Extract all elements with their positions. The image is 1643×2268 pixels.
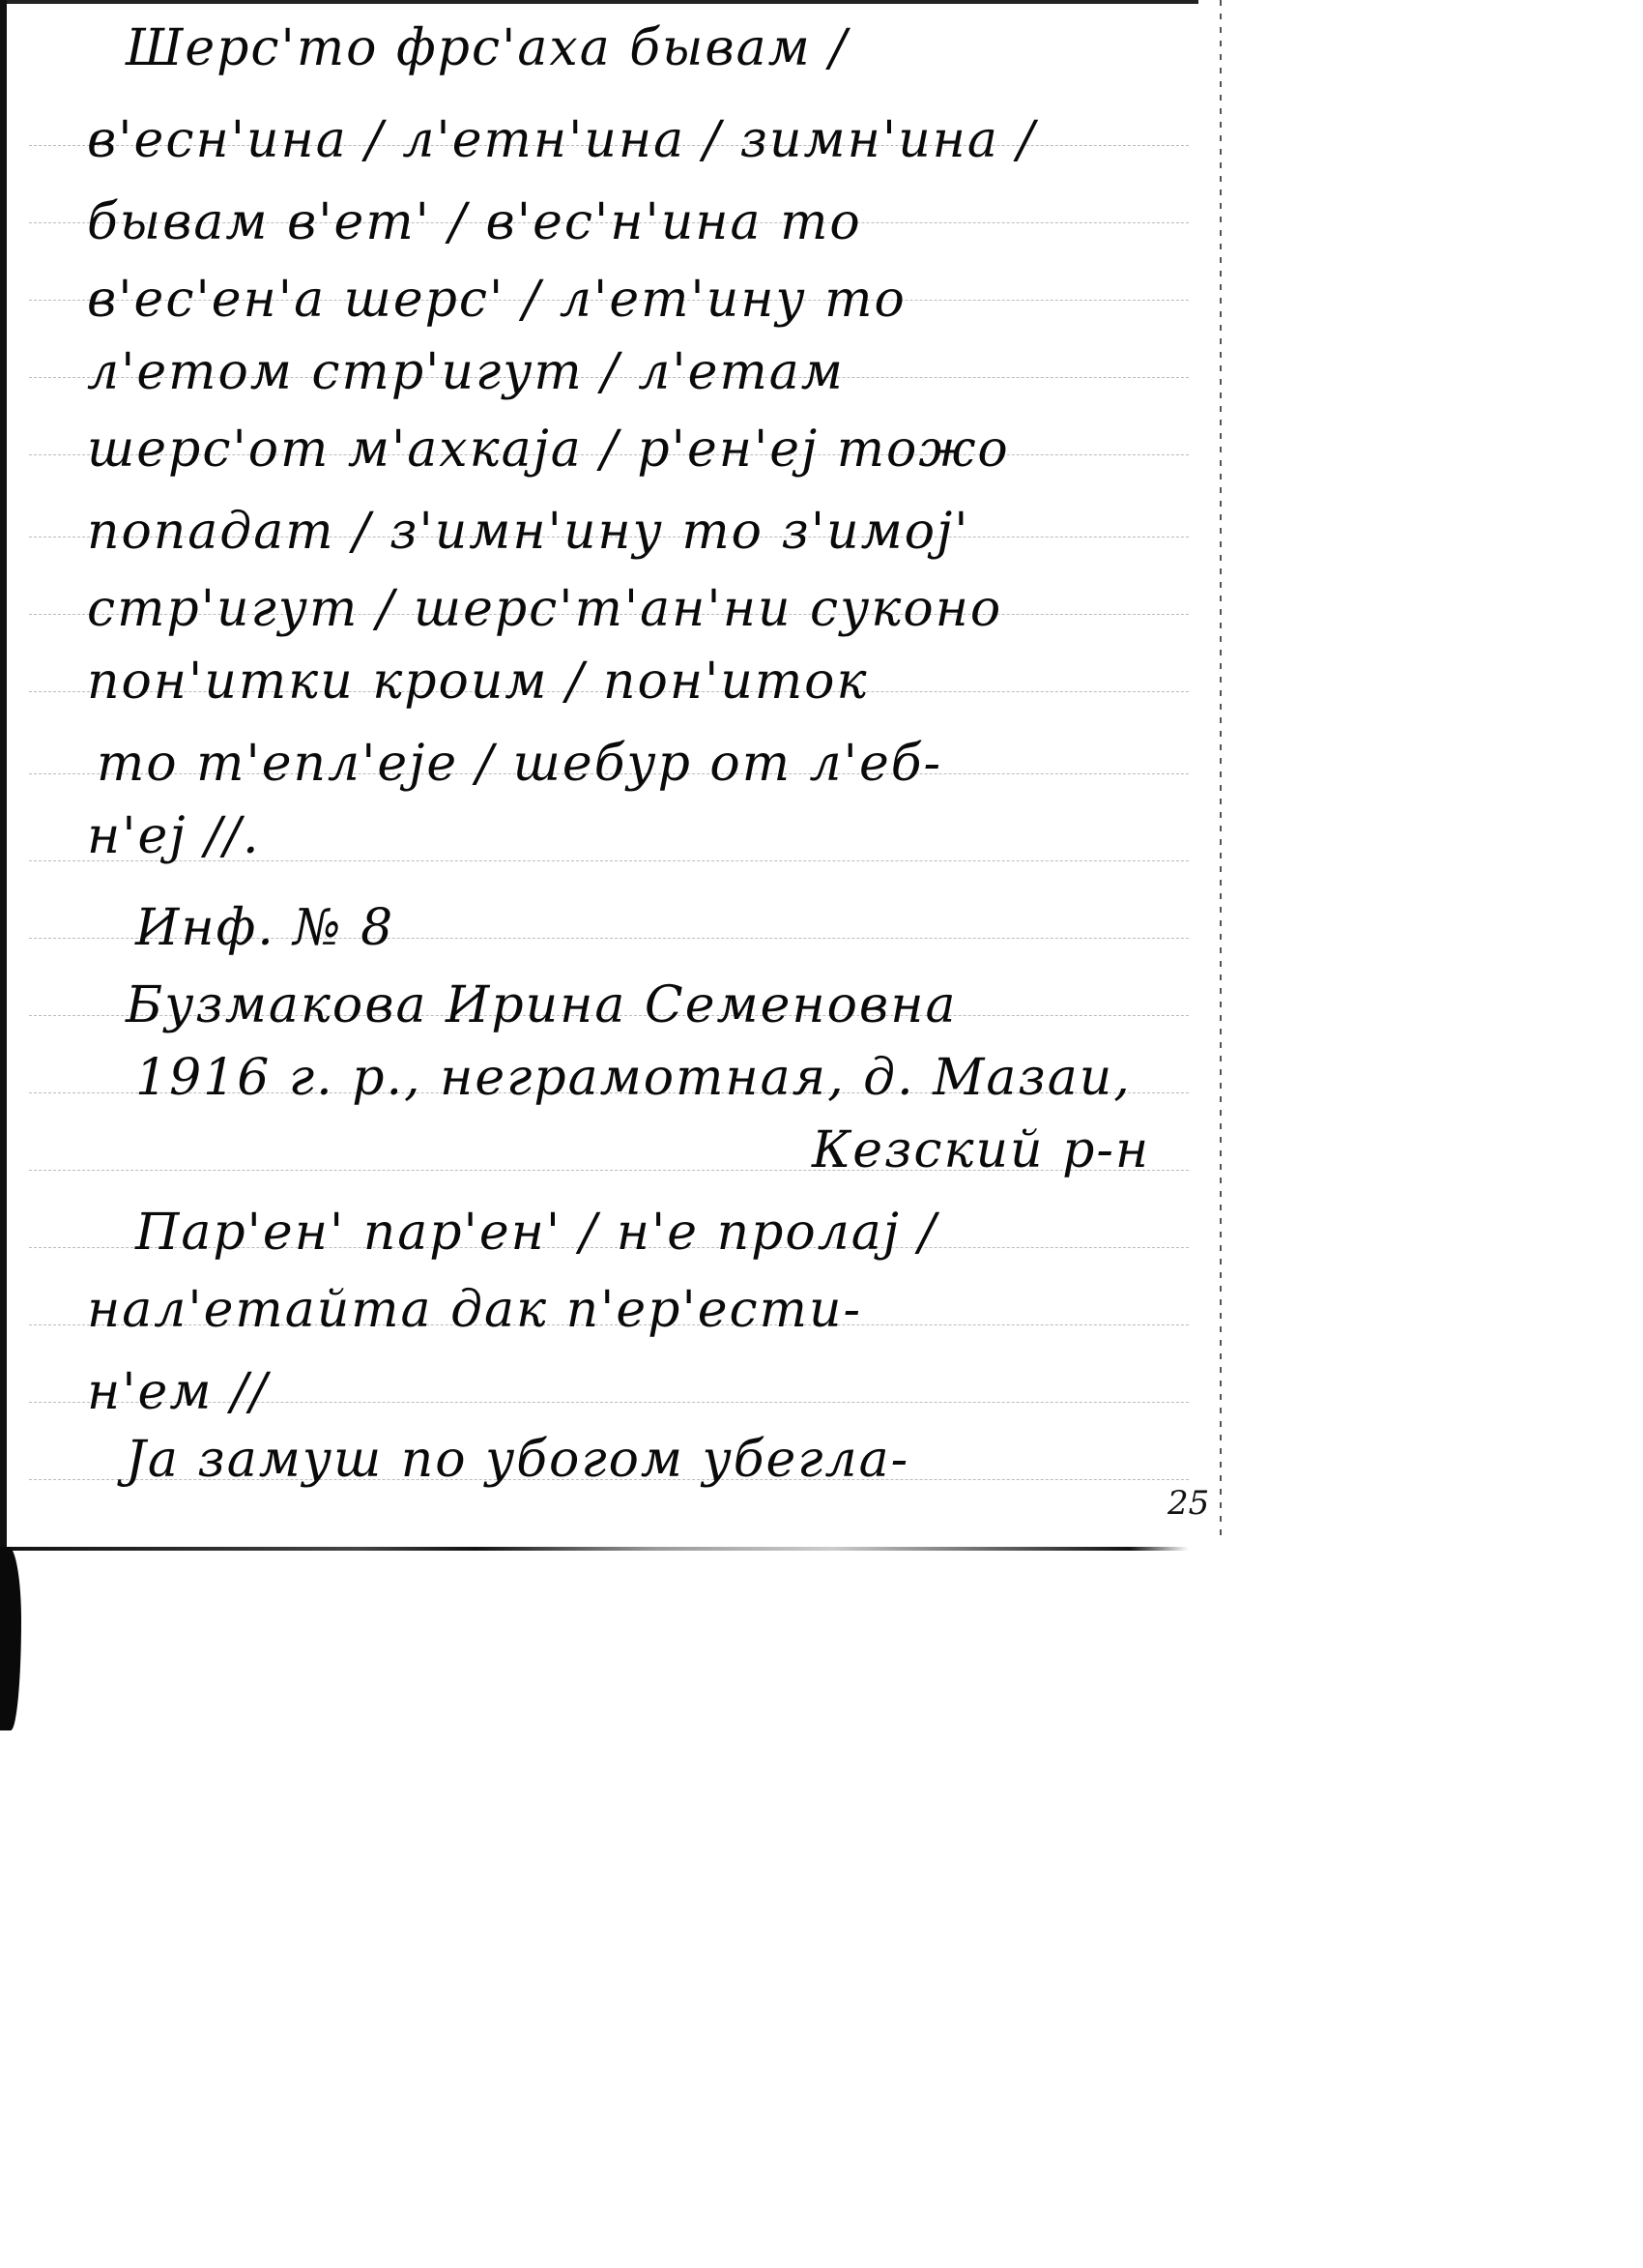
manuscript-line: то т'епл'еје / шебур от л'еб- — [97, 735, 942, 793]
manuscript-line: н'еј //. — [87, 807, 261, 865]
scan-shadow-blob — [0, 1547, 21, 1730]
manuscript-line: л'етом стр'игут / л'етам — [87, 343, 845, 401]
manuscript-line: Пар'ен' пар'ен' / н'е пролај / — [135, 1204, 937, 1262]
manuscript-line: в'есн'ина / л'етн'ина / зимн'ина / — [87, 111, 1036, 169]
manuscript-line: Ја замуш по убогом убегла- — [126, 1431, 909, 1489]
manuscript-page: Шерс'то фрс'аха бывам /в'есн'ина / л'етн… — [0, 0, 1227, 1552]
manuscript-line: Шерс'то фрс'аха бывам / — [126, 19, 849, 77]
manuscript-line: шерс'от м'ахкаја / р'ен'еј тожо — [87, 421, 1010, 479]
scan-bottom-edge — [0, 1547, 1189, 1551]
manuscript-line: нал'етайта дак п'ер'ести- — [87, 1281, 862, 1339]
manuscript-line: пон'итки кроим / пон'иток — [87, 653, 869, 711]
manuscript-line: бывам в'ет' / в'ес'н'ина то — [87, 193, 862, 251]
scan-left-edge — [0, 0, 7, 1547]
scan-right-edge — [1220, 0, 1222, 1537]
manuscript-line: н'ем // — [87, 1363, 269, 1421]
page-number: 25 — [1167, 1484, 1209, 1523]
manuscript-line: Кезский р-н — [812, 1121, 1150, 1179]
scan-top-edge — [0, 0, 1198, 4]
manuscript-line: попадат / з'имн'ину то з'имој' — [87, 503, 970, 561]
manuscript-line: 1916 г. р., неграмотная, д. Мазаи, — [135, 1049, 1132, 1107]
manuscript-line: в'ес'ен'а шерс' / л'ет'ину то — [87, 271, 907, 329]
manuscript-line: стр'игут / шерс'т'ан'ни суконо — [87, 580, 1002, 638]
manuscript-line: Бузмакова Ирина Семеновна — [126, 976, 957, 1034]
manuscript-line: Инф. № 8 — [135, 899, 394, 957]
